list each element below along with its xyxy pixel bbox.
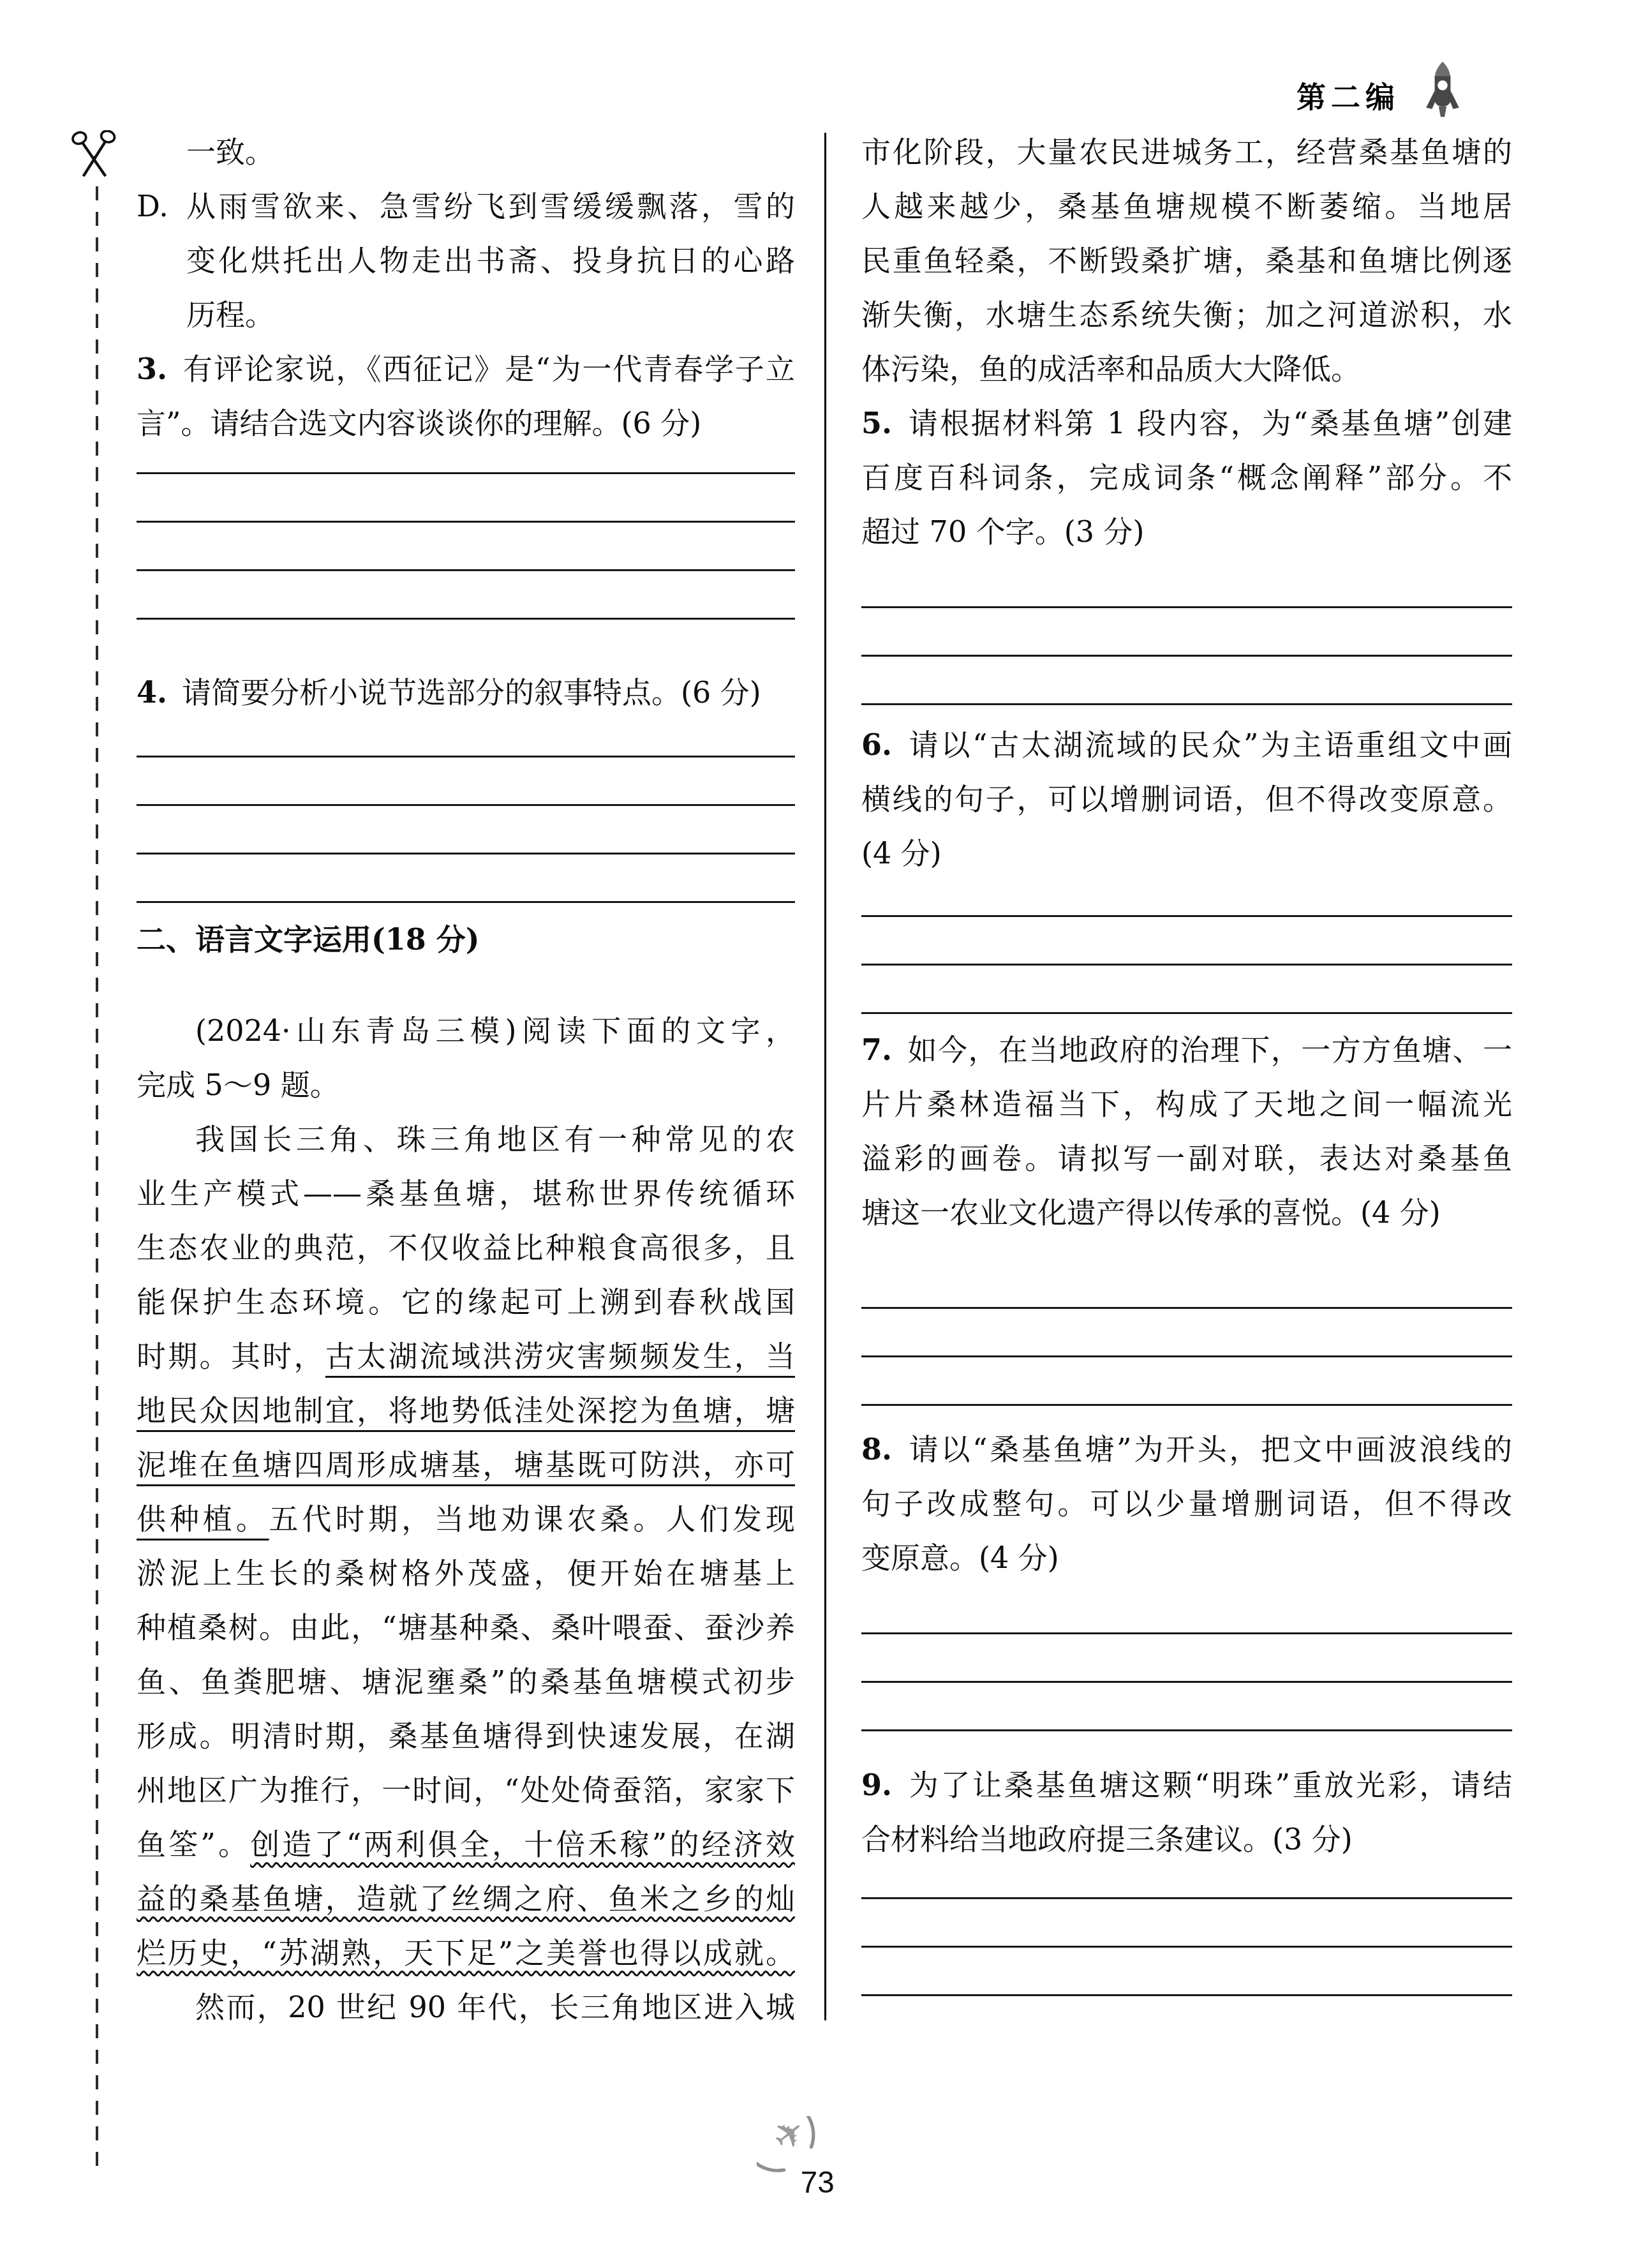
text-segment: 请以“古太湖流域的民众”为主语重组文中画 [907,727,1512,762]
text-segment: 五代时期，当地劝课农桑。人们发现 [269,1502,795,1536]
question-7-answer-lines [861,1261,1512,1406]
text-segment: 溢彩的画卷。请拟写一副对联，表达对桑基鱼 [861,1141,1512,1175]
underlined-text: 益的桑基鱼塘，造就了丝绸之府、鱼米之乡的灿 [137,1881,795,1916]
text-line: 然而，20 世纪 90 年代，长三角地区进入城 [137,1980,795,2034]
answer-line [861,917,1512,966]
question-6-answer-lines [861,881,1512,1014]
text-line: 合材料给当地政府提三条建议。(3 分) [861,1812,1512,1867]
text-segment: 时期。其时， [137,1339,325,1373]
text-line: 4. 请简要分析小说节选部分的叙事特点。(6 分) [137,666,795,720]
text-line: (4 分) [861,826,1512,881]
text-segment: 一致。 [186,135,274,169]
text-line: 生态农业的典范，不仅收益比种粮食高很多，且 [137,1221,795,1275]
answer-line [861,881,1512,917]
page-number: 73 [801,2166,835,2200]
text-line: 超过 70 个字。(3 分) [861,505,1512,559]
answer-line [861,966,1512,1014]
text-line: 泥堆在鱼塘四周形成塘基，塘基既可防洪，亦可 [137,1438,795,1492]
paper-plane-icon: ✈ [764,2116,815,2161]
text-segment: 我国长三角、珠三角地区有一种常见的农 [195,1122,795,1156]
text-line: 句子改成整句。可以少量增删词语，但不得改 [861,1477,1512,1531]
text-line: 益的桑基鱼塘，造就了丝绸之府、鱼米之乡的灿 [137,1872,795,1926]
text-segment: 言”。请结合选文内容谈谈你的理解。(6 分) [137,406,701,440]
text-segment: 鱼筌”。 [137,1827,250,1861]
answer-line [137,757,795,806]
text-segment: 为了让桑基鱼塘这颗“明珠”重放光彩，请结 [907,1768,1512,1802]
answer-line [861,1261,1512,1309]
text-segment: 请以“桑基鱼塘”为开头，把文中画波浪线的 [907,1432,1512,1466]
question-5: 5. 请根据材料第 1 段内容，为“桑基鱼塘”创建百度百科词条，完成词条“概念阐… [861,396,1512,559]
text-line: 民重鱼轻桑，不断毁桑扩塘，桑基和鱼塘比例逐 [861,234,1512,288]
text-line: 业生产模式——桑基鱼塘，堪称世界传统循环 [137,1167,795,1221]
text-line: 8. 请以“桑基鱼塘”为开头，把文中画波浪线的 [861,1422,1512,1477]
text-segment: 种植桑树。由此，“塘基种桑、桑叶喂蚕、蚕沙养 [137,1610,795,1645]
passage-source-intro: (2024·山东青岛三模)阅读下面的文字，完成 5～9 题。 [137,1004,795,1112]
text-segment: 如今，在当地政府的治理下，一方方鱼塘、一 [907,1033,1512,1067]
underlined-text: 古太湖流域洪涝灾害频频发生，当 [325,1339,795,1373]
question-number: 7. [861,1033,907,1067]
text-segment: 从雨雪欲来、急雪纷飞到雪缓缓飘落，雪的 [186,189,795,223]
question-number: 5. [861,406,907,440]
text-segment: 变化烘托出人物走出书斋、投身抗日的心路 [186,243,795,278]
question-number: 4. [137,675,182,710]
text-line: 体污染，鱼的成活率和品质大大降低。 [861,342,1512,396]
underlined-text: 供种植。 [137,1502,269,1536]
text-line: 供种植。五代时期，当地劝课农桑。人们发现 [137,1492,795,1546]
text-segment: 横线的句子，可以增删词语，但不得改变原意。 [861,782,1512,816]
underlined-text: 烂历史，“苏湖熟，天下足”之美誉也得以成就。 [137,1936,795,1970]
text-line: 变原意。(4 分) [861,1531,1512,1585]
question-number: 6. [861,727,907,762]
text-line: 言”。请结合选文内容谈谈你的理解。(6 分) [137,396,795,451]
text-segment: 州地区广为推行，一时间，“处处倚蚕箔，家家下 [137,1773,795,1807]
underlined-text: 泥堆在鱼塘四周形成塘基，塘基既可防洪，亦可 [137,1447,795,1482]
answer-line [861,657,1512,705]
text-segment: 体污染，鱼的成活率和品质大大降低。 [861,352,1360,386]
text-line: 鱼筌”。创造了“两利俱全，十倍禾稼”的经济效 [137,1817,795,1872]
text-segment: 人越来越少，桑基鱼塘规模不断萎缩。当地居 [861,189,1512,223]
column-divider [824,133,826,2020]
question-7: 7. 如今，在当地政府的治理下，一方方鱼塘、一片片桑林造福当下，构成了天地之间一… [861,1023,1512,1240]
question-6: 6. 请以“古太湖流域的民众”为主语重组文中画横线的句子，可以增删词语，但不得改… [861,718,1512,881]
text-line: 人越来越少，桑基鱼塘规模不断萎缩。当地居 [861,179,1512,234]
text-segment: 淤泥上生长的桑树格外茂盛，便开始在塘基上 [137,1556,795,1590]
answer-line [137,720,795,757]
question-8-answer-lines [861,1598,1512,1731]
right-column: 市化阶段，大量农民进城务工，经营桑基鱼塘的人越来越少，桑基鱼塘规模不断萎缩。当地… [861,125,1512,1996]
text-line: D. 从雨雪欲来、急雪纷飞到雪缓缓飘落，雪的 [137,179,795,234]
answer-line [137,854,795,903]
text-segment: 有评论家说，《西征记》是“为一代青春学子立 [182,352,795,386]
question-9-answer-lines [861,1867,1512,1996]
text-segment: 超过 70 个字。(3 分) [861,514,1145,549]
text-line: 6. 请以“古太湖流域的民众”为主语重组文中画 [861,718,1512,772]
text-segment: 片片桑林造福当下，构成了天地之间一幅流光 [861,1087,1512,1121]
option-d: D. 从雨雪欲来、急雪纷飞到雪缓缓飘落，雪的变化烘托出人物走出书斋、投身抗日的心… [137,179,795,342]
rocket-icon [1423,60,1462,124]
answer-line [137,523,795,571]
text-line: 一致。 [137,125,795,179]
text-line: 渐失衡，水塘生态系统失衡；加之河道淤积，水 [861,288,1512,342]
text-segment: (2024·山东青岛三模)阅读下面的文字， [195,1013,795,1048]
answer-line [137,806,795,854]
cut-dashed-line [96,186,98,2170]
text-line: 市化阶段，大量农民进城务工，经营桑基鱼塘的 [861,125,1512,179]
text-line: 横线的句子，可以增删词语，但不得改变原意。 [861,772,1512,826]
text-segment: 完成 5～9 题。 [137,1068,339,1102]
answer-line [861,1899,1512,1948]
text-line: 能保护生态环境。它的缘起可上溯到春秋战国 [137,1275,795,1329]
text-segment: 能保护生态环境。它的缘起可上溯到春秋战国 [137,1285,795,1319]
question-number: D. [137,179,183,234]
text-line: 烂历史，“苏湖熟，天下足”之美誉也得以成就。 [137,1926,795,1980]
text-segment: 生态农业的典范，不仅收益比种粮食高很多，且 [137,1230,795,1265]
question-number: 9. [861,1768,907,1802]
answer-line [861,1867,1512,1899]
text-line: 片片桑林造福当下，构成了天地之间一幅流光 [861,1077,1512,1131]
question-number: 8. [861,1432,907,1466]
text-line: 7. 如今，在当地政府的治理下，一方方鱼塘、一 [861,1023,1512,1077]
text-segment: 市化阶段，大量农民进城务工，经营桑基鱼塘的 [861,135,1512,169]
question-4-answer-lines [137,720,795,903]
text-segment: 百度百科词条，完成词条“概念阐释”部分。不 [861,460,1512,495]
text-line: 州地区广为推行，一时间，“处处倚蚕箔，家家下 [137,1763,795,1817]
text-segment: 业生产模式——桑基鱼塘，堪称世界传统循环 [137,1176,795,1211]
text-segment: 然而，20 世纪 90 年代，长三角地区进入城 [195,1990,795,2024]
text-line: 形成。明清时期，桑基鱼塘得到快速发展，在湖 [137,1709,795,1763]
text-segment: 塘这一农业文化遗产得以传承的喜悦。(4 分) [861,1195,1441,1230]
text-segment: 合材料给当地政府提三条建议。(3 分) [861,1822,1353,1856]
question-8: 8. 请以“桑基鱼塘”为开头，把文中画波浪线的句子改成整句。可以少量增删词语，但… [861,1422,1512,1585]
question-number: 3. [137,352,182,386]
answer-line [861,1598,1512,1634]
question-9: 9. 为了让桑基鱼塘这颗“明珠”重放光彩，请结合材料给当地政府提三条建议。(3 … [861,1758,1512,1867]
scissors-icon [70,130,119,183]
text-line: 淤泥上生长的桑树格外茂盛，便开始在塘基上 [137,1546,795,1600]
section-title: 二、语言文字运用(18 分) [137,913,795,967]
passage-continuation: 市化阶段，大量农民进城务工，经营桑基鱼塘的人越来越少，桑基鱼塘规模不断萎缩。当地… [861,125,1512,396]
text-line: 百度百科词条，完成词条“概念阐释”部分。不 [861,451,1512,505]
option-c-tail: 一致。 [137,125,795,179]
text-line: 塘这一农业文化遗产得以传承的喜悦。(4 分) [861,1186,1512,1240]
text-segment: 形成。明清时期，桑基鱼塘得到快速发展，在湖 [137,1719,795,1753]
question-3: 3. 有评论家说，《西征记》是“为一代青春学子立言”。请结合选文内容谈谈你的理解… [137,342,795,451]
underlined-text: 创造了“两利俱全，十倍禾稼”的经济效 [250,1827,795,1861]
underlined-text: 地民众因地制宜，将地势低洼处深挖为鱼塘，塘 [137,1393,795,1428]
exam-page: 第二编 一致。 D. 从雨雪欲来、急雪纷飞到雪缓缓飘落，雪的变化烘托出人物走出书… [0,0,1627,2268]
answer-line [861,608,1512,657]
answer-line [137,451,795,474]
text-line: 历程。 [137,288,795,342]
footer-page-badge: ✈ 73 [757,2116,869,2228]
answer-line [861,1634,1512,1683]
text-line: 溢彩的画卷。请拟写一副对联，表达对桑基鱼 [861,1131,1512,1186]
text-segment: 请简要分析小说节选部分的叙事特点。(6 分) [182,675,761,710]
question-3-answer-lines [137,451,795,620]
text-line: 完成 5～9 题。 [137,1058,795,1112]
text-line: 5. 请根据材料第 1 段内容，为“桑基鱼塘”创建 [861,396,1512,451]
text-segment: 变原意。(4 分) [861,1541,1059,1575]
text-segment: 鱼、鱼粪肥塘、塘泥壅桑”的桑基鱼塘模式初步 [137,1664,795,1699]
answer-line [861,1309,1512,1357]
passage-paragraph-2: 然而，20 世纪 90 年代，长三角地区进入城 [137,1980,795,2034]
answer-line [861,1683,1512,1731]
answer-line [137,474,795,523]
text-segment: 句子改成整句。可以少量增删词语，但不得改 [861,1486,1512,1521]
answer-line [861,572,1512,608]
text-line: 我国长三角、珠三角地区有一种常见的农 [137,1112,795,1167]
question-5-answer-lines [861,572,1512,705]
text-segment: (4 分) [861,836,942,870]
header-edition-label: 第二编 [1296,74,1400,116]
text-segment: 请根据材料第 1 段内容，为“桑基鱼塘”创建 [907,406,1512,440]
passage-paragraph-1: 我国长三角、珠三角地区有一种常见的农业生产模式——桑基鱼塘，堪称世界传统循环生态… [137,1112,795,1980]
answer-line [861,1948,1512,1996]
text-line: 时期。其时，古太湖流域洪涝灾害频频发生，当 [137,1329,795,1384]
text-line: 鱼、鱼粪肥塘、塘泥壅桑”的桑基鱼塘模式初步 [137,1655,795,1709]
left-column: 一致。 D. 从雨雪欲来、急雪纷飞到雪缓缓飘落，雪的变化烘托出人物走出书斋、投身… [137,125,795,2034]
text-line: 3. 有评论家说，《西征记》是“为一代青春学子立 [137,342,795,396]
text-segment: 历程。 [186,297,274,332]
text-segment: 渐失衡，水塘生态系统失衡；加之河道淤积，水 [861,297,1512,332]
text-line: 9. 为了让桑基鱼塘这颗“明珠”重放光彩，请结 [861,1758,1512,1812]
text-line: (2024·山东青岛三模)阅读下面的文字， [137,1004,795,1058]
answer-line [861,1357,1512,1406]
text-line: 种植桑树。由此，“塘基种桑、桑叶喂蚕、蚕沙养 [137,1600,795,1655]
question-4: 4. 请简要分析小说节选部分的叙事特点。(6 分) [137,666,795,720]
answer-line [137,571,795,620]
text-line: 地民众因地制宜，将地势低洼处深挖为鱼塘，塘 [137,1384,795,1438]
text-segment: 民重鱼轻桑，不断毁桑扩塘，桑基和鱼塘比例逐 [861,243,1512,278]
text-line: 变化烘托出人物走出书斋、投身抗日的心路 [137,234,795,288]
